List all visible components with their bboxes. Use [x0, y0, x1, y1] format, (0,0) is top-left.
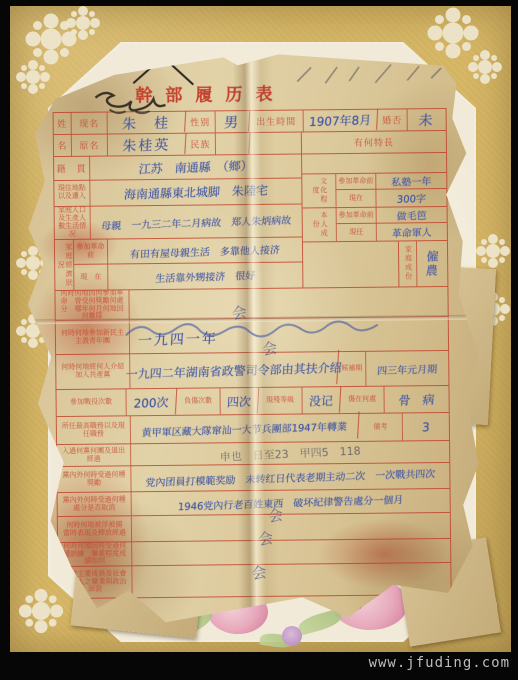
- field-label: 候補期: [338, 352, 366, 386]
- field-label: [302, 153, 446, 173]
- field-value: 没记: [302, 387, 341, 414]
- damask-ornament: [32, 602, 50, 620]
- cadre-resume-document: 幹部履历表 姓 现名 朱 桂 性别 男 出生時間 1907年8月 婚否 未 名: [23, 48, 485, 639]
- hand-mark: 会: [257, 527, 275, 550]
- field-value: 四三年元月期: [365, 350, 449, 387]
- form-row: 何時何地經何人介紹加入共產黨 一九四二年湖南省政警司令部由其扶介绍 候補期 四三…: [56, 351, 448, 390]
- field-label: 現殘等級: [258, 387, 302, 413]
- field-value: 僱農: [416, 240, 449, 286]
- field-label: 現住地點以及遷入: [54, 180, 90, 206]
- field-label: 黨內外何時受過何種處分是否取消: [58, 492, 132, 516]
- field-label: 黨內外何時受過何種獎勵: [57, 466, 131, 492]
- damask-ornament: [443, 23, 464, 44]
- form-row-group: 籍 貫 江苏 南通縣 （鄉） 現住地點以及遷入 海南通縣東北城脚 朱陸宅 家庭人…: [54, 153, 447, 291]
- field-value: 私塾一年: [376, 172, 447, 190]
- field-label: 有何特長: [302, 131, 446, 154]
- damask-ornament: [486, 244, 500, 258]
- field-value: 做毛笆: [376, 206, 447, 224]
- damask-ornament: [26, 70, 40, 84]
- tablecloth-background: 幹部履历表 姓 现名 朱 桂 性别 男 出生時間 1907年8月 婚否 未 名: [10, 6, 511, 652]
- framed-photo: 幹部履历表 姓 现名 朱 桂 性别 男 出生時間 1907年8月 婚否 未 名: [0, 0, 518, 680]
- damask-ornament: [478, 60, 492, 74]
- field-value: 革命軍人: [376, 222, 447, 241]
- field-label: 參加革命前: [74, 240, 108, 264]
- field-value: 200次: [126, 388, 177, 416]
- hand-mark: 会: [266, 504, 284, 527]
- field-label: 姓: [54, 113, 72, 134]
- form-title: 幹部履历表: [135, 78, 415, 106]
- field-value: 骨 病: [384, 385, 449, 413]
- field-label: 民族: [186, 133, 216, 154]
- form-row: 參加戰役次數 200次 負傷次數 四次 現殘等級 没记 傷在何處 骨 病: [56, 386, 448, 417]
- field-label: 何時何地參加新民主主義青年團: [56, 320, 130, 354]
- field-label: 家庭經濟狀況: [55, 240, 75, 290]
- field-label: 原名: [72, 135, 108, 156]
- field-value: 1907年8月: [303, 109, 378, 132]
- field-value: 朱 桂: [107, 111, 186, 134]
- field-label: 現在: [336, 190, 376, 207]
- field-label: 家庭人口及生產人數生活情况: [55, 207, 91, 239]
- field-value: [215, 133, 250, 155]
- damask-ornament: [76, 16, 90, 30]
- field-label: 本人成份: [303, 208, 337, 241]
- field-label: 何時何地經何人介紹加入共產黨: [56, 354, 130, 389]
- hand-mark: 会: [250, 561, 268, 584]
- field-label: 何時何地因何參加革命 曾受何獎勵何處分 哪年何月何地因何離隊: [55, 290, 129, 320]
- field-label: 負傷次數: [176, 388, 220, 414]
- field-label: 所任最高職務以及現任職務: [57, 416, 131, 444]
- field-label: 婚否: [378, 109, 408, 130]
- field-label: 現 在: [74, 265, 108, 290]
- flower-motif: [282, 626, 302, 646]
- hand-mark: 会: [261, 337, 279, 360]
- field-value: 一九四二年湖南省政警司令部由其扶介绍: [129, 350, 339, 391]
- field-label: 現任: [337, 224, 377, 241]
- field-label: 文化程度: [302, 174, 336, 207]
- field-value: 朱桂英: [107, 133, 186, 156]
- field-label: 傷在何處: [340, 387, 384, 413]
- field-value: 未: [407, 109, 446, 131]
- field-label: 何時何地被俘被捕 當時表現及釋放經過: [58, 516, 132, 542]
- damask-ornament: [41, 29, 62, 50]
- field-label: 參加革命前: [337, 207, 377, 223]
- field-label: 入過何黨何團及退出經過: [57, 444, 131, 466]
- field-label: 籍 貫: [54, 157, 90, 180]
- field-value: 母親 一九三二年二月病故 郑人朱炳病故: [90, 202, 303, 241]
- form-row: 何時何地參加新民主主義青年團 一九四一年: [56, 317, 448, 355]
- watermark: www.jfuding.com: [369, 655, 510, 671]
- field-value: 男: [215, 111, 250, 133]
- field-label: 參加戰役次數: [56, 389, 126, 416]
- field-value: 300字: [376, 188, 447, 207]
- cadre-form-table: 姓 现名 朱 桂 性别 男 出生時間 1907年8月 婚否 未 名 原名 朱桂英…: [53, 108, 452, 599]
- field-label: 性别: [186, 111, 216, 132]
- field-label: 參加革命前: [336, 173, 376, 189]
- empty-cell: [303, 241, 399, 287]
- field-value: 四次: [220, 388, 259, 415]
- field-label: 家庭成份: [399, 241, 417, 286]
- field-label: 现名: [72, 113, 108, 134]
- hand-mark: 会: [230, 301, 248, 324]
- field-label: 名: [54, 135, 72, 156]
- field-label: 出生時間: [250, 110, 304, 132]
- field-value: 生活靠外甥接济 很好: [108, 260, 303, 291]
- damask-ornament: [26, 256, 40, 270]
- empty-cell: [250, 132, 302, 154]
